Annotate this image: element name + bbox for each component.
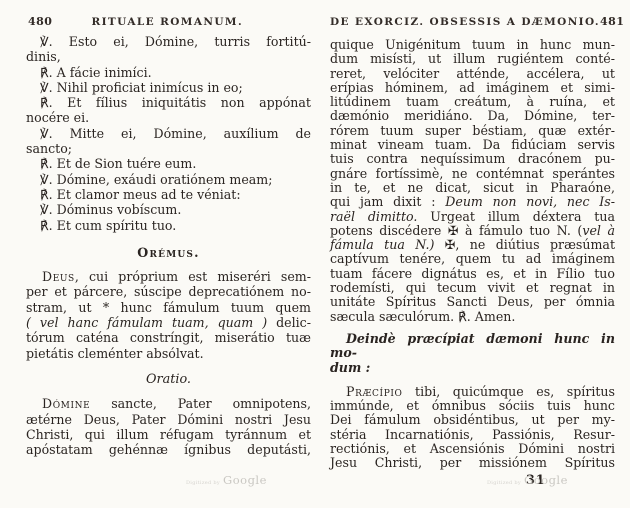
oratio-heading: Oratio.	[26, 372, 311, 387]
prayer-incipit: Præcípio	[346, 384, 403, 399]
text-line: ℟. A fácie inimíci.	[26, 65, 311, 80]
google-logo: Google	[524, 473, 568, 487]
text-line: ℣. Esto ei, Dómine, turris fortitú-	[26, 34, 311, 49]
left-page: ℣. Esto ei, Dómine, turris fortitú- dini…	[26, 34, 311, 457]
prayer-incipit: Dómine	[42, 396, 90, 411]
left-page-number: 480	[28, 15, 52, 28]
text-line: Dei fámulum obsidéntibus, ut per my-	[330, 413, 615, 427]
text-line: stéria Incarnatiónis, Passiónis, Resur-	[330, 428, 615, 442]
text-line: dum misísti, ut illum rugiéntem conté-	[330, 52, 615, 66]
text-line: per et párcere, súscipe deprecatiónem no…	[26, 284, 311, 299]
text-line: dinis,	[26, 49, 311, 64]
text-line: Deindè præcípiat dæmoni hunc in mo-	[330, 332, 615, 361]
text-line: in te, et ne dicat, sicut in Pharaóne,	[330, 181, 615, 195]
text-line: stram, ut * hunc fámulum tuum quem	[26, 300, 311, 315]
text-line: ℣. Dóminus vobíscum.	[26, 202, 311, 217]
text-line: sæcula sæculórum. ℟. Amen.	[330, 310, 615, 324]
google-watermark: Digitized by Google	[186, 473, 267, 487]
text-line: ℣. Dómine, exáudi oratiónem meam;	[26, 172, 311, 187]
oremus-prayer: Deus, cui próprium est miseréri sem- per…	[26, 269, 311, 361]
watermark-prefix: Digitized by	[487, 480, 521, 486]
book-scan-spread: 480 RITUALE ROMANUM. DE EXORCIZ. OBSESSI…	[0, 0, 630, 508]
google-watermark: Digitized by Google	[487, 473, 568, 487]
text-line: rodemísti, qui tecum vivit et regnat in	[330, 281, 615, 295]
text-line: pietátis cleménter absólvat.	[26, 346, 311, 361]
text-line: Præcípio tibi, quicúmque es, spíritus	[330, 385, 615, 399]
text-line: ætérne Deus, Pater Dómini nostri Jesu	[26, 412, 311, 427]
text-line: nocére ei.	[26, 110, 311, 125]
right-running-header: DE EXORCIZ. OBSESSIS A DÆMONIO. 481	[330, 15, 616, 29]
text-line: tórum caténa constríngit, miserátio tuæ	[26, 330, 311, 345]
text-line: ℟. Et clamor meus ad te véniat:	[26, 187, 311, 202]
text-line: unitáte Spíritus Sancti Deus, per ómnia	[330, 295, 615, 309]
left-running-title: RITUALE ROMANUM.	[91, 16, 243, 28]
text-line: apóstatam gehénnæ ígnibus deputásti,	[26, 442, 311, 457]
text-line: captívum tenére, quem tu ad imáginem	[330, 252, 615, 266]
right-page-number: 481	[600, 15, 624, 28]
text-line: ℣. Mitte ei, Dómine, auxílium de	[26, 126, 311, 141]
right-running-title: DE EXORCIZ. OBSESSIS A DÆMONIO.	[330, 16, 600, 28]
text-line: dum :	[330, 361, 615, 375]
text-line: tuis contra nequíssimum dracónem pu-	[330, 152, 615, 166]
text-line: ( vel hanc fámulam tuam, quam ) delic-	[26, 315, 311, 330]
prayer-incipit: Deus	[42, 269, 75, 284]
text-line: ℣. Nihil proficiat inimícus in eo;	[26, 80, 311, 95]
right-page: quique Unigénitum tuum in hunc mun- dum …	[330, 38, 615, 487]
rubric: Deindè præcípiat dæmoni hunc in mo- dum …	[330, 332, 615, 375]
text-line: litúdinem tuam creátum, à ruína, et	[330, 95, 615, 109]
text-line: Deus, cui próprium est miseréri sem-	[26, 269, 311, 284]
text-line: immúnde, et ómnibus sóciis tuis hunc	[330, 399, 615, 413]
oremus-heading: Orémus.	[26, 245, 311, 260]
text-line: ℟. Et fílius iniquitátis non appónat	[26, 95, 311, 110]
left-running-header: 480 RITUALE ROMANUM.	[28, 15, 312, 29]
precipio-prayer: Præcípio tibi, quicúmque es, spíritus im…	[330, 385, 615, 471]
oratio-prayer: Dómine sancte, Pater omnipotens, ætérne …	[26, 396, 311, 457]
text-line: erípias hóminem, ad imáginem et simi-	[330, 81, 615, 95]
text-line: ℟. Et de Sion tuére eum.	[26, 156, 311, 171]
text-line: rórem tuum super béstiam, quæ extér-	[330, 124, 615, 138]
text-line: potens discédere ✠ à fámulo tuo N. (vel …	[330, 224, 615, 238]
watermark-prefix: Digitized by	[186, 480, 220, 486]
text-line: raël dimitto. Urgeat illum déxtera tua	[330, 210, 615, 224]
text-line: fámula tua N.) ✠, ne diútius præsúmat	[330, 238, 615, 252]
text-line: Christi, qui illum réfugam tyránnum et	[26, 427, 311, 442]
text-line: Dómine sancte, Pater omnipotens,	[26, 396, 311, 411]
text-line: Jesu Christi, per missiónem Spíritus	[330, 456, 615, 470]
text-line: gnáre fortíssimè, ne contémnat sperántes	[330, 167, 615, 181]
text-line: dæmónio meridiáno. Da, Dómine, ter-	[330, 109, 615, 123]
text-line: reret, velóciter atténde, accélera, ut	[330, 67, 615, 81]
text-line: quique Unigénitum tuum in hunc mun-	[330, 38, 615, 52]
text-line: minat vineam tuam. Da fidúciam servis	[330, 138, 615, 152]
signature-mark: 31	[330, 473, 615, 487]
text-line: rectiónis, et Ascensiónis Dómini nostri	[330, 442, 615, 456]
text-line: sancto;	[26, 141, 311, 156]
text-line: tuam fácere dignátus es, et in Fílio tuo	[330, 267, 615, 281]
text-line: ℟. Et cum spíritu tuo.	[26, 218, 311, 233]
google-logo: Google	[223, 473, 267, 487]
text-line: qui jam dixit : Deum non novi, nec Is-	[330, 195, 615, 209]
